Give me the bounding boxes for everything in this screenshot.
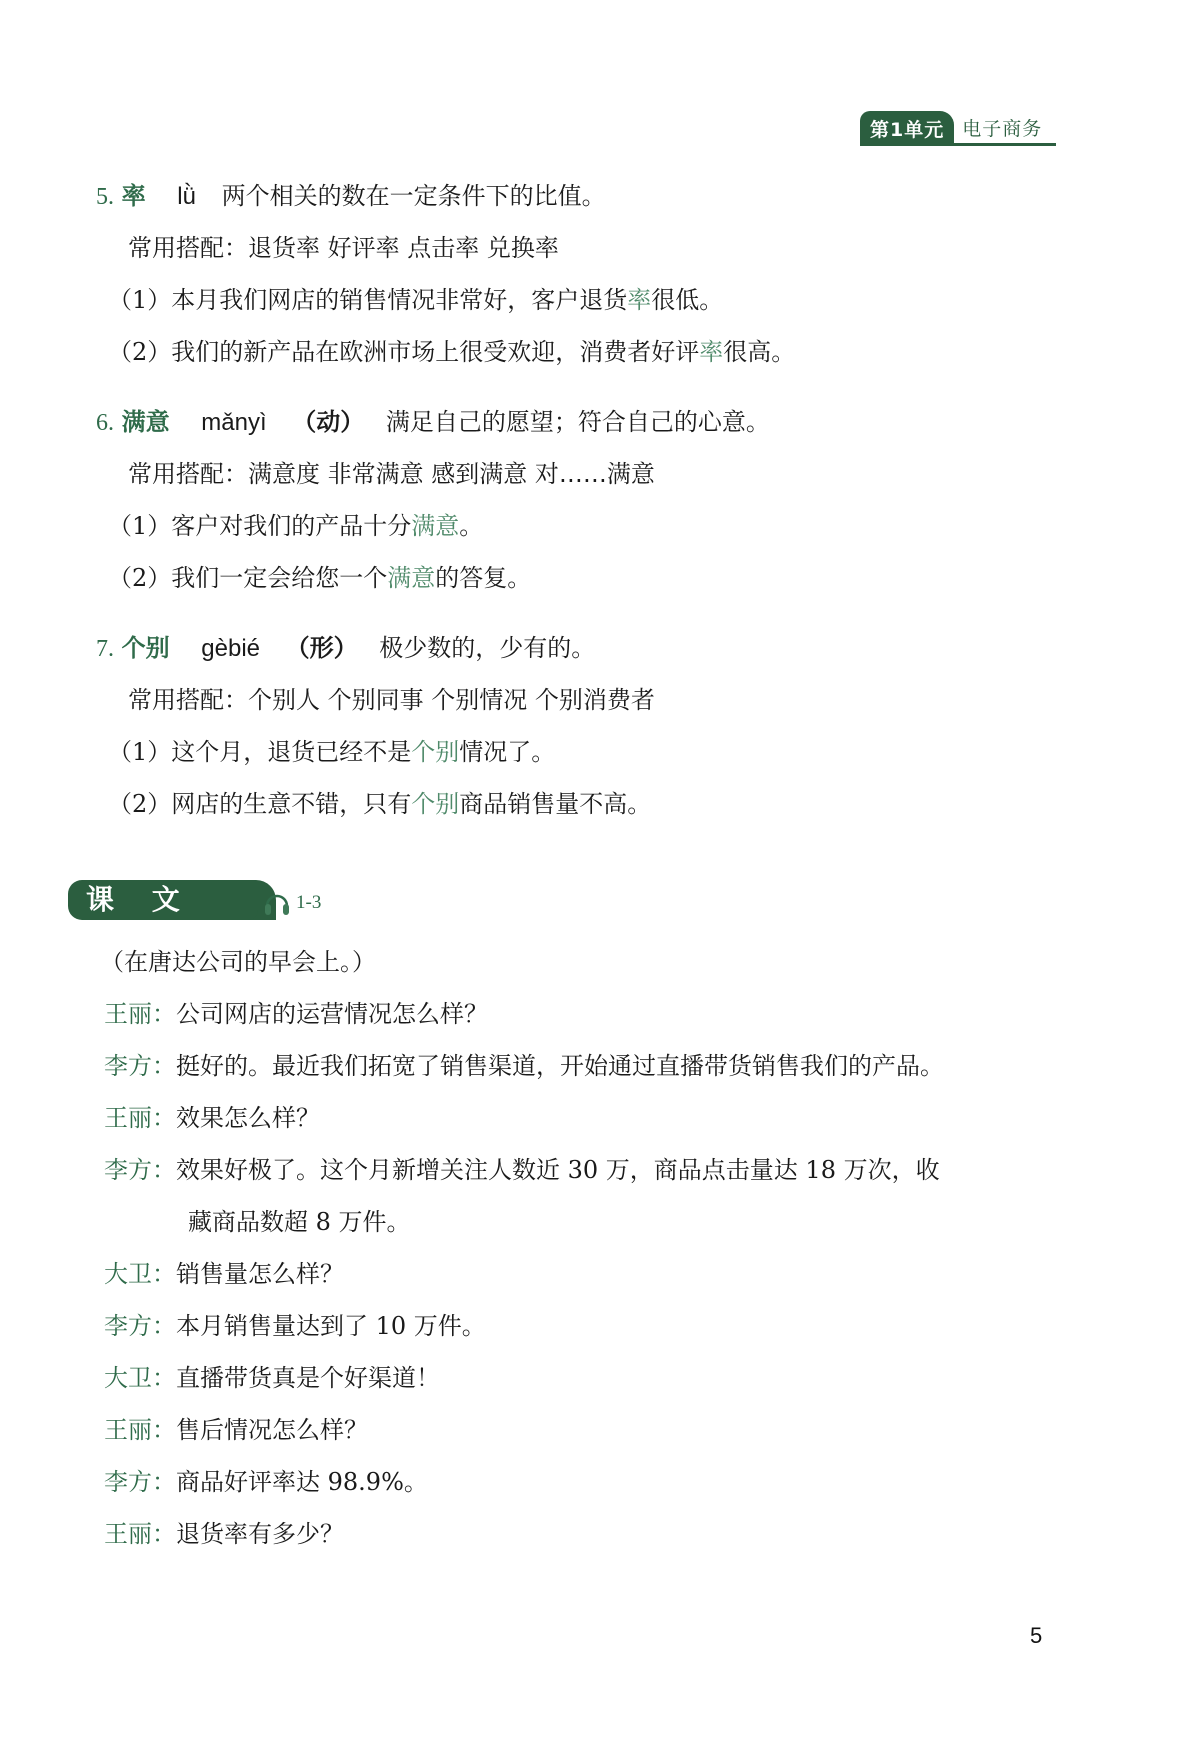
vocab-pinyin: mǎnyì (201, 409, 266, 436)
dialogue-line: 李方：挺好的。最近我们拓宽了销售渠道，开始通过直播带货销售我们的产品。 (104, 1050, 944, 1082)
highlighted-word: 满意 (411, 512, 459, 540)
vocab-part-of-speech: （动） (292, 408, 364, 436)
dialogue-line: 李方：商品好评率达 98.9%。 (104, 1466, 428, 1498)
example-sentence: （2）我们一定会给您一个满意的答复。 (108, 562, 531, 594)
vocab-word: 个别 (122, 634, 170, 662)
speaker-name: 王丽： (104, 1000, 176, 1028)
example-sentence: （2）网店的生意不错，只有个别商品销售量不高。 (108, 788, 651, 820)
dialogue-line: 王丽：退货率有多少？ (104, 1518, 344, 1550)
vocab-definition: 两个相关的数在一定条件下的比值。 (222, 182, 606, 210)
audio-track[interactable]: 1-3 (262, 888, 321, 918)
speaker-name: 王丽： (104, 1104, 176, 1132)
example-sentence: （1）本月我们网店的销售情况非常好，客户退货率很低。 (108, 284, 723, 316)
dialogue-line: 大卫：直播带货真是个好渠道！ (104, 1362, 440, 1394)
vocab-word: 满意 (122, 408, 170, 436)
vocab-definition: 极少数的，少有的。 (379, 634, 595, 662)
dialogue-line: 王丽：售后情况怎么样？ (104, 1414, 368, 1446)
dialogue-line: 王丽：效果怎么样？ (104, 1102, 320, 1134)
unit-label: 第1单元 (860, 111, 954, 146)
highlighted-word: 满意 (387, 564, 435, 592)
unit-title: 电子商务 (954, 110, 1056, 146)
vocab-collocations: 常用搭配：满意度 非常满意 感到满意 对……满意 (128, 458, 655, 490)
speaker-name: 李方： (104, 1312, 176, 1340)
highlighted-word: 个别 (411, 738, 459, 766)
vocab-pinyin: lǜ (177, 183, 196, 210)
example-sentence: （1）客户对我们的产品十分满意。 (108, 510, 483, 542)
speaker-name: 大卫： (104, 1364, 176, 1392)
speaker-name: 大卫： (104, 1260, 176, 1288)
audio-track-number: 1-3 (296, 892, 321, 914)
vocab-number: 6. (96, 410, 114, 436)
dialogue-line: 王丽：公司网店的运营情况怎么样？ (104, 998, 488, 1030)
vocab-entry-6: 6. 满意 mǎnyì （动） 满足自己的愿望；符合自己的心意。 (96, 406, 770, 439)
speaker-name: 王丽： (104, 1416, 176, 1444)
speaker-name: 李方： (104, 1468, 176, 1496)
dialogue-line: 李方：本月销售量达到了 10 万件。 (104, 1310, 486, 1342)
vocab-collocations: 常用搭配：退货率 好评率 点击率 兑换率 (128, 232, 559, 264)
highlighted-word: 率 (627, 286, 651, 314)
dialogue-line-continuation: 藏商品数超 8 万件。 (188, 1206, 411, 1238)
scene-setting: （在唐达公司的早会上。） (100, 946, 376, 978)
unit-header: 第1单元 电子商务 (860, 110, 1056, 146)
vocab-pinyin: gèbié (201, 635, 260, 662)
highlighted-word: 率 (699, 338, 723, 366)
vocab-entry-5: 5. 率 lǜ 两个相关的数在一定条件下的比值。 (96, 180, 606, 213)
vocab-part-of-speech: （形） (286, 634, 358, 662)
vocab-number: 7. (96, 636, 114, 662)
vocab-collocations: 常用搭配：个别人 个别同事 个别情况 个别消费者 (128, 684, 655, 716)
speaker-name: 李方： (104, 1156, 176, 1184)
vocab-definition: 满足自己的愿望；符合自己的心意。 (386, 408, 770, 436)
speaker-name: 王丽： (104, 1520, 176, 1548)
example-sentence: （1）这个月，退货已经不是个别情况了。 (108, 736, 555, 768)
vocab-word: 率 (122, 182, 146, 210)
dialogue-line: 李方：效果好极了。这个月新增关注人数近 30 万，商品点击量达 18 万次，收 (104, 1154, 940, 1186)
speaker-name: 李方： (104, 1052, 176, 1080)
page-number: 5 (1030, 1623, 1042, 1649)
example-sentence: （2）我们的新产品在欧洲市场上很受欢迎，消费者好评率很高。 (108, 336, 795, 368)
headphones-icon (262, 888, 292, 918)
dialogue-line: 大卫：销售量怎么样？ (104, 1258, 344, 1290)
vocab-number: 5. (96, 184, 114, 210)
highlighted-word: 个别 (411, 790, 459, 818)
vocab-entry-7: 7. 个别 gèbié （形） 极少数的，少有的。 (96, 632, 595, 665)
